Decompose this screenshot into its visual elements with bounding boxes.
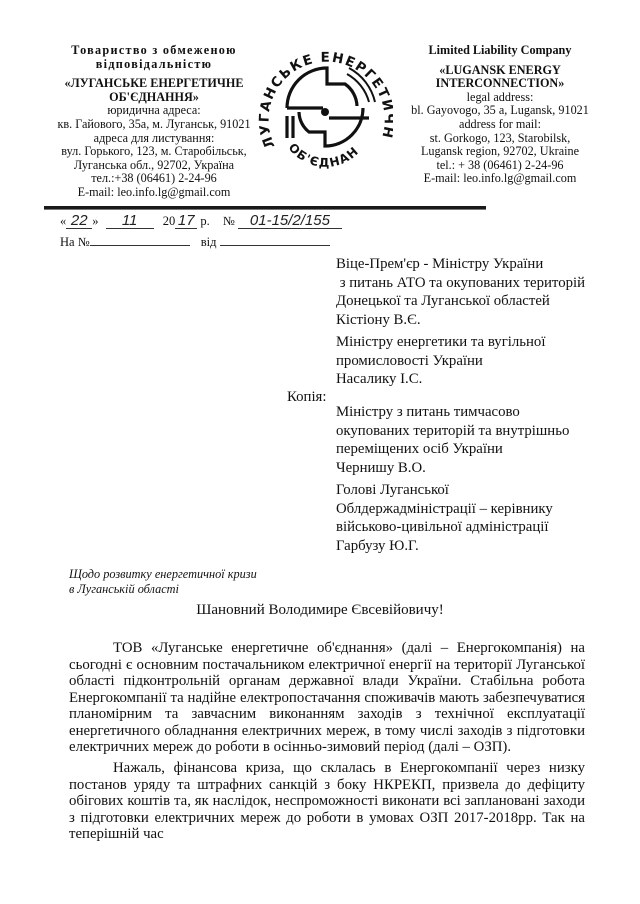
addressee-line: Донецької та Луганської областей xyxy=(336,292,626,311)
subject-line: Щодо розвитку енергетичної кризи xyxy=(69,567,257,582)
from-label: від xyxy=(201,235,217,249)
phone: tel.: + 38 (06461) 2-24-96 xyxy=(400,159,600,173)
reply-to-label: На № xyxy=(60,235,90,249)
addressee-line: Облдержадміністрації – керівнику xyxy=(336,500,626,519)
letterhead-english: Limited Liability Company «LUGANSK ENERG… xyxy=(400,44,600,186)
phone: тел.:+38 (06461) 2-24-96 xyxy=(48,172,260,186)
reg-number: 01-15/2/155 xyxy=(238,214,342,229)
reg-month: 11 xyxy=(106,214,154,229)
body-paragraph-1: ТОВ «Луганське енергетичне об'єднання» (… xyxy=(69,640,585,756)
addressee-name: Чернишу В.О. xyxy=(336,459,626,478)
legal-address-label: юридична адреса: xyxy=(48,104,260,118)
legal-address-label: legal address: xyxy=(400,91,600,105)
letterhead-ukrainian: Товариство з обмеженою відповідальністю … xyxy=(48,44,260,200)
addressee-1: Віце-Прем'єр - Міністру України з питань… xyxy=(336,255,626,329)
reply-to-number-blank xyxy=(90,234,190,246)
company-name: «LUGANSK ENERGY xyxy=(400,64,600,78)
header-divider-bar xyxy=(44,206,486,209)
addressee-line: Голові Луганської xyxy=(336,481,626,500)
addressee-name: Насалику І.С. xyxy=(336,370,626,389)
addressee-line: військово-цивільної адміністрації xyxy=(336,518,626,537)
mail-address: вул. Горького, 123, м. Старобільськ, xyxy=(48,145,260,159)
addressee-line: Міністру з питань тимчасово xyxy=(336,403,626,422)
salutation: Шановний Володимире Євсевійовичу! xyxy=(0,602,640,619)
reg-day: 22 xyxy=(66,214,92,229)
from-date-blank xyxy=(220,234,330,246)
copy-addressee-1: Міністру з питань тимчасово окупованих т… xyxy=(336,403,626,477)
legal-address: bl. Gayovogo, 35 a, Lugansk, 91021 xyxy=(400,104,600,118)
addressee-line: Віце-Прем'єр - Міністру України xyxy=(336,255,626,274)
company-name-cont: ОБ'ЄДНАННЯ» xyxy=(48,91,260,105)
addressee-line: Міністру енергетики та вугільної xyxy=(336,333,626,352)
reply-reference-line: На № від xyxy=(60,234,330,250)
company-type: Товариство з обмеженою xyxy=(48,44,260,58)
addressee-line: окупованих територій та внутрішньо xyxy=(336,422,626,441)
company-type-cont: відповідальністю xyxy=(48,58,260,72)
legal-address: кв. Гайового, 35а, м. Луганськ, 91021 xyxy=(48,118,260,132)
subject-line: в Луганській області xyxy=(69,582,257,597)
letter-subject: Щодо розвитку енергетичної кризи в Луган… xyxy=(69,567,257,597)
registration-line: «22» 11 2017 р. № 01-15/2/155 xyxy=(60,214,342,229)
company-type: Limited Liability Company xyxy=(400,44,600,58)
mail-address-cont: Lugansk region, 92702, Ukraine xyxy=(400,145,600,159)
email[interactable]: E-mail: leo.info.lg@gmail.com xyxy=(400,172,600,186)
year-unit: р. xyxy=(200,214,209,228)
body-paragraph-2: Нажаль, фінансова криза, що склалась в Е… xyxy=(69,760,585,843)
copy-label: Копія: xyxy=(287,389,326,406)
copy-addressee-2: Голові Луганської Облдержадміністрації –… xyxy=(336,481,626,555)
company-logo-icon: ЛУГАНСЬКЕ ЕНЕРГЕТИЧНЕ ОБ'ЄДНАННЯ xyxy=(257,28,393,188)
quote-close: » xyxy=(92,214,98,228)
mail-address-cont: Луганська обл., 92702, Україна xyxy=(48,159,260,173)
addressee-name: Гарбузу Ю.Г. xyxy=(336,537,626,556)
mail-address-label: адреса для листування: xyxy=(48,132,260,146)
addressee-line: з питань АТО та окупованих територій xyxy=(336,274,626,293)
addressee-line: промисловості України xyxy=(336,352,626,371)
mail-address-label: address for mail: xyxy=(400,118,600,132)
reg-year: 17 xyxy=(175,214,197,229)
company-name-cont: INTERCONNECTION» xyxy=(400,77,600,91)
number-label: № xyxy=(223,214,235,228)
company-name: «ЛУГАНСЬКЕ ЕНЕРГЕТИЧНЕ xyxy=(48,77,260,91)
addressee-name: Кістіону В.Є. xyxy=(336,311,626,330)
addressee-2: Міністру енергетики та вугільної промисл… xyxy=(336,333,626,389)
email[interactable]: E-mail: leo.info.lg@gmail.com xyxy=(48,186,260,200)
mail-address: st. Gorkogo, 123, Starobilsk, xyxy=(400,132,600,146)
addressee-line: переміщених осіб України xyxy=(336,440,626,459)
year-prefix: 20 xyxy=(163,214,176,228)
